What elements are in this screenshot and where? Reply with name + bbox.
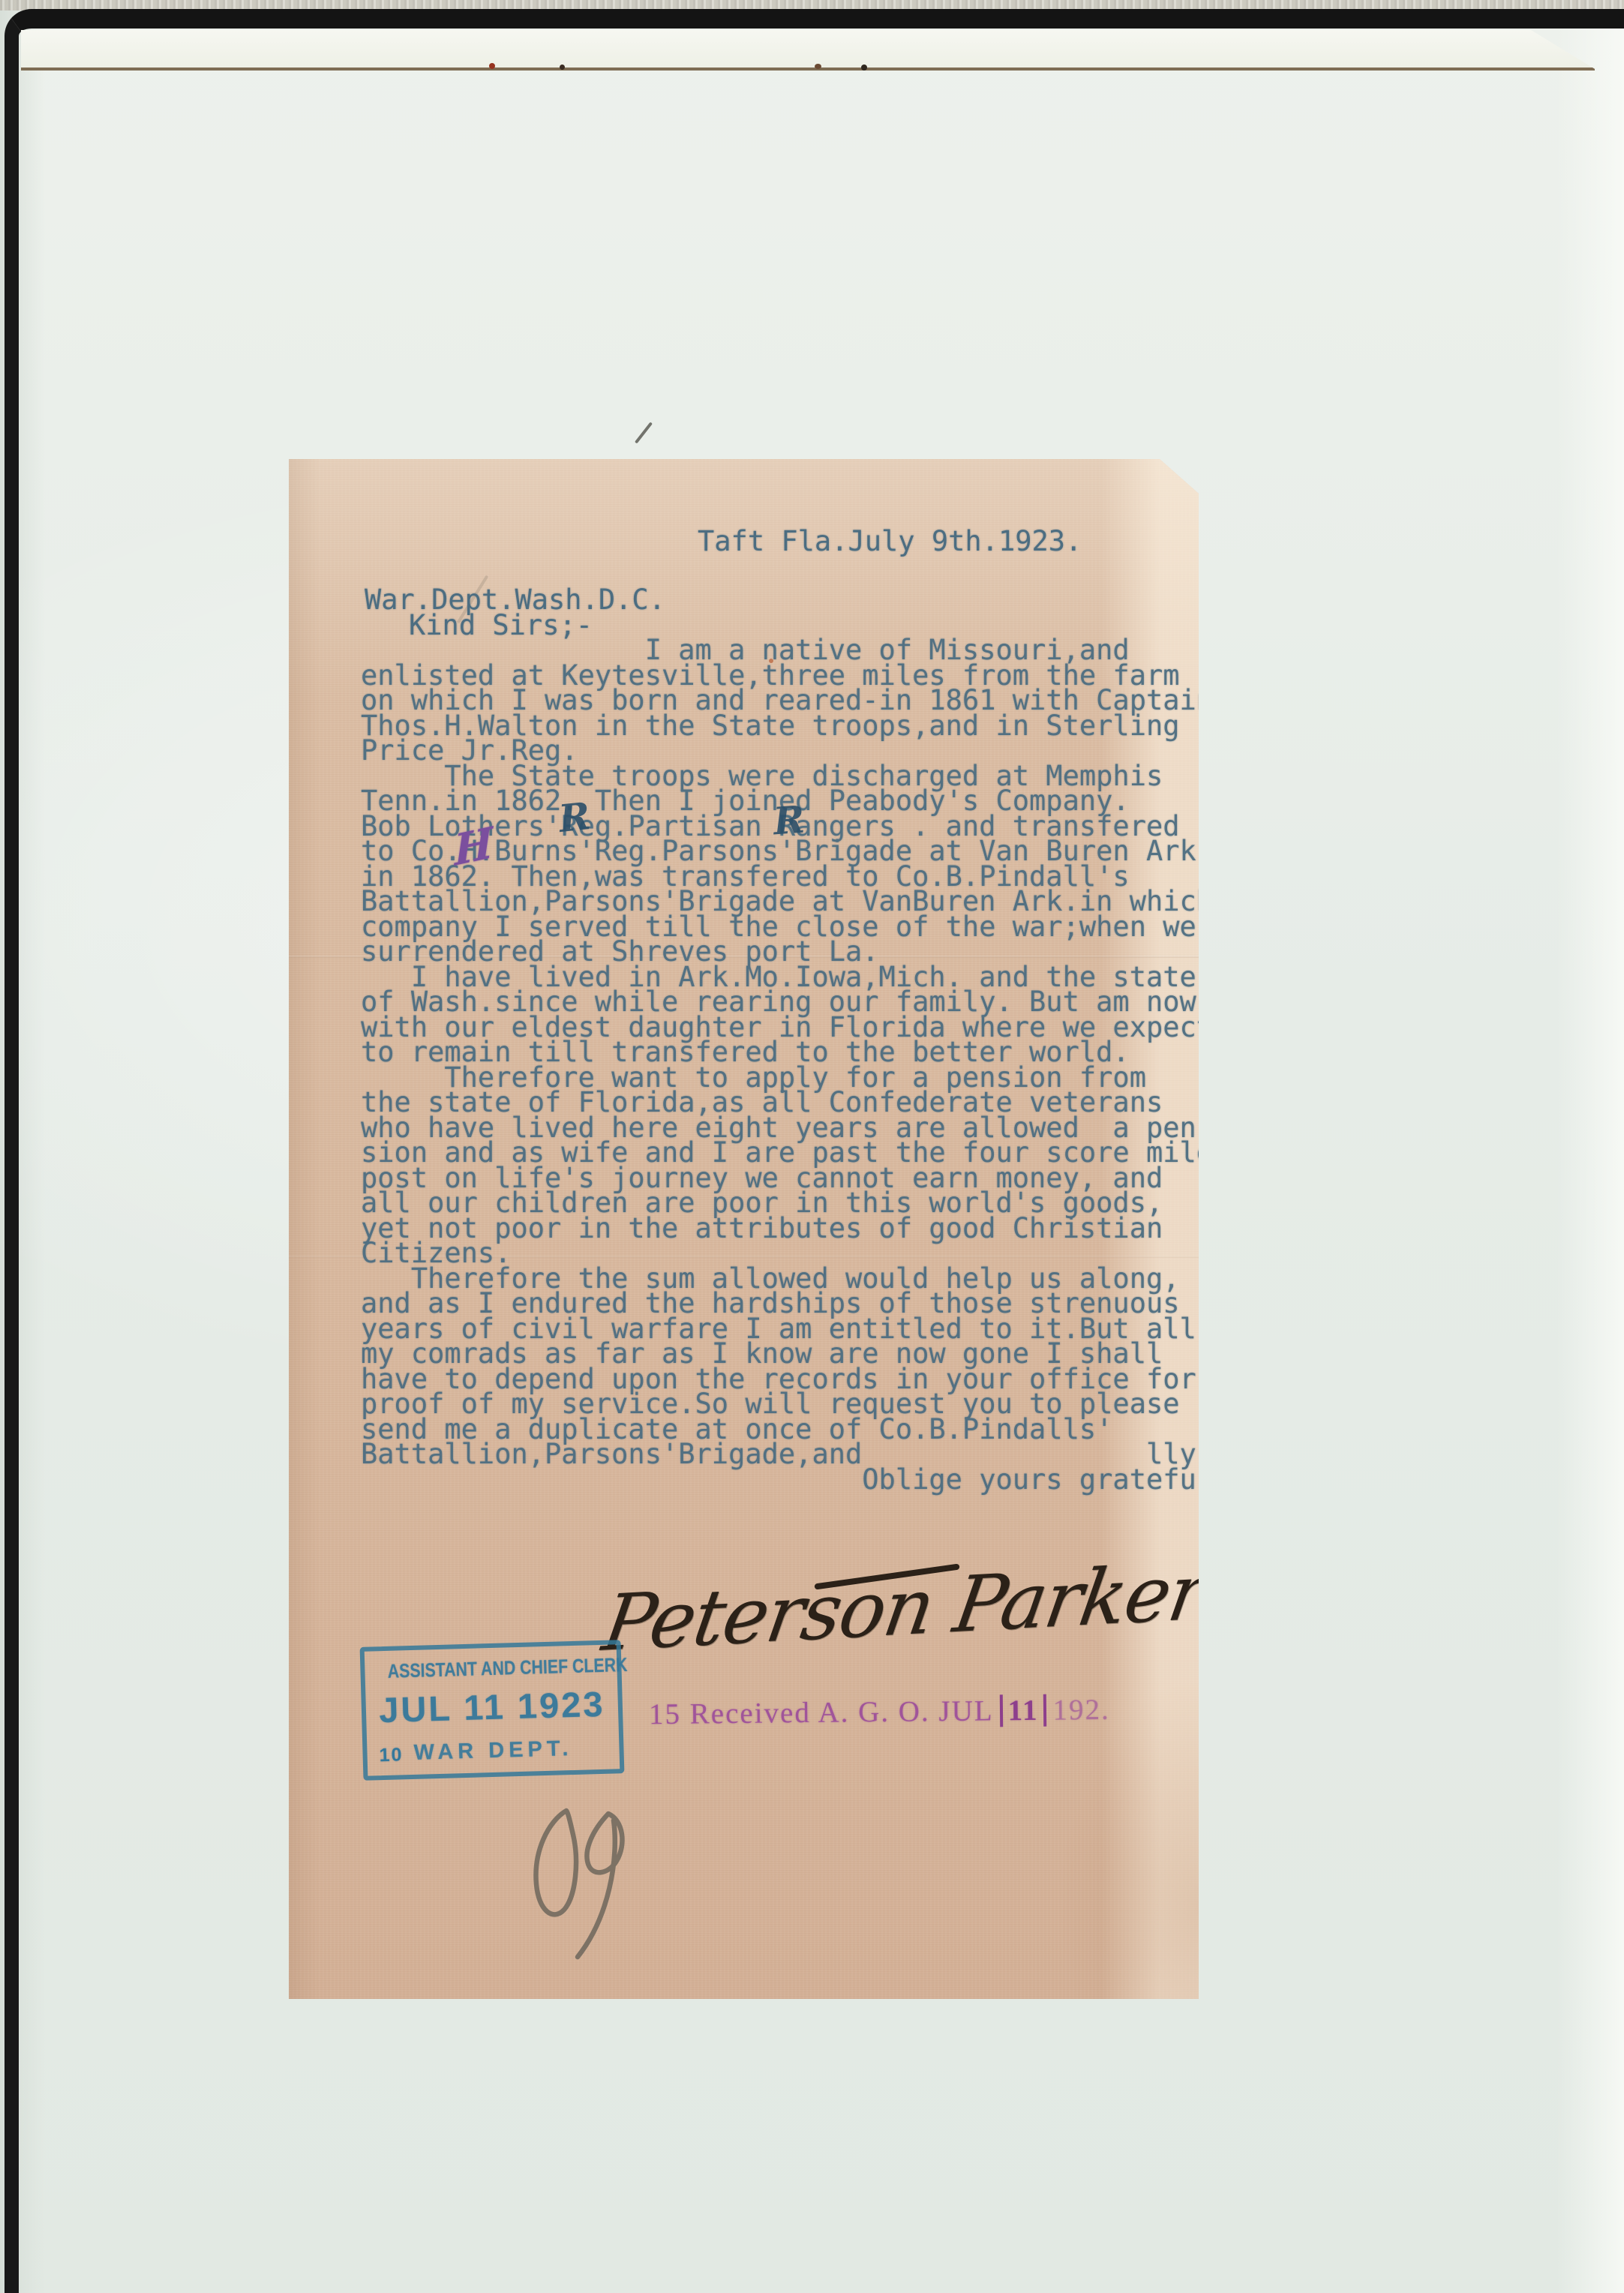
ink-speck <box>560 65 565 70</box>
ink-speck <box>815 64 821 69</box>
tape-strip <box>21 30 1595 71</box>
stamp-date: JUL 11 1923 <box>365 1682 618 1730</box>
scanned-letter-page: Taft Fla.July 9th.1923. War.Dept.Wash.D.… <box>0 0 1624 2293</box>
letter-paper: Taft Fla.July 9th.1923. War.Dept.Wash.D.… <box>289 459 1199 1999</box>
stamp-title: ASSISTANT AND CHIEF CLERK <box>387 1654 594 1683</box>
stamp-office: WAR DEPT. <box>413 1736 573 1765</box>
signature: Peterson Parker. <box>597 1547 1199 1669</box>
stamp-number: 10 <box>379 1744 404 1766</box>
ago-stamp-day: 11 <box>999 1694 1046 1727</box>
ink-speck <box>861 65 867 71</box>
war-dept-stamp: ASSISTANT AND CHIEF CLERK JUL 11 1923 10… <box>360 1640 625 1781</box>
background-pen-mark <box>635 422 653 443</box>
handwritten-r-correction-rangers: R <box>772 797 806 844</box>
letter-body: I am a native of Missouri,and enlisted a… <box>361 638 1199 1492</box>
pencil-scribble <box>518 1797 646 1973</box>
handwritten-h-correction: H <box>453 818 494 876</box>
ago-stamp-year: 192. <box>1052 1694 1110 1727</box>
dateline: Taft Fla.July 9th.1923. <box>698 525 1082 557</box>
ink-speck <box>489 63 495 69</box>
ago-stamp-text: 15 Received A. G. O. JUL <box>649 1694 994 1730</box>
ago-received-stamp: 15 Received A. G. O. JUL11192. <box>649 1693 1110 1731</box>
scanner-edge-fuzz <box>0 0 1624 11</box>
handwritten-r-correction-reg: R <box>557 794 593 841</box>
